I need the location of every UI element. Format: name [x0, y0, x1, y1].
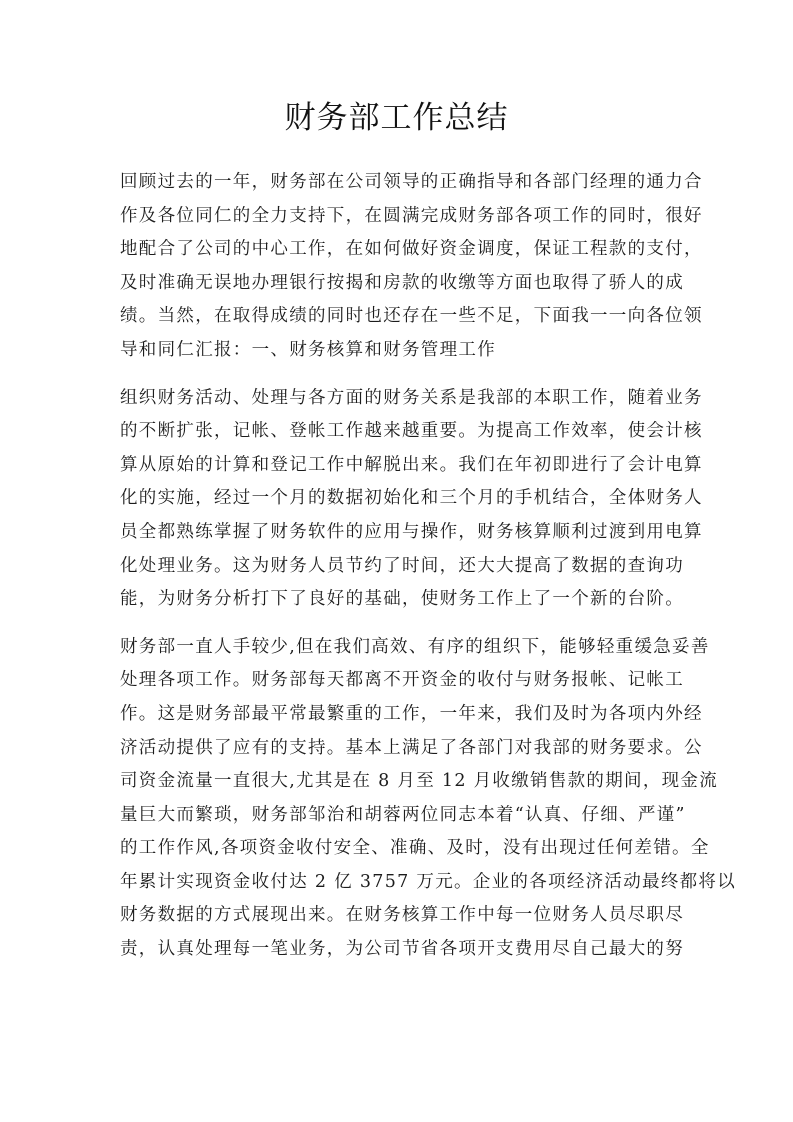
text-line: 能，为财务分析打下了良好的基础，使财务工作上了一个新的台阶。 [120, 583, 680, 617]
text-line: 的不断扩张，记帐、登帐工作越来越重要。为提高工作效率，使会计核 [120, 415, 680, 449]
document-page: 财务部工作总结 回顾过去的一年，财务部在公司领导的正确指导和各部门经理的通力合 … [0, 0, 793, 1122]
paragraph-fund-handling: 财务部一直人手较少,但在我们高效、有序的组织下，能够轻重缓急妥善 处理各项工作。… [120, 631, 680, 967]
text-line: 组织财务活动、处理与各方面的财务关系是我部的本职工作，随着业务 [120, 382, 680, 416]
text-line: 量巨大而繁琐，财务部邹治和胡蓉两位同志本着“认真、仔细、严谨” [120, 799, 680, 833]
text-line: 地配合了公司的中心工作，在如何做好资金调度，保证工程款的支付， [120, 233, 680, 267]
text-line: 算从原始的计算和登记工作中解脱出来。我们在年初即进行了会计电算 [120, 449, 680, 483]
text-line: 司资金流量一直很大,尤其是在 8 月至 12 月收缴销售款的期间，现金流 [120, 765, 680, 799]
text-line: 化的实施，经过一个月的数据初始化和三个月的手机结合，全体财务人 [120, 482, 680, 516]
text-line: 作及各位同仁的全力支持下，在圆满完成财务部各项工作的同时，很好 [120, 200, 680, 234]
text-line: 员全都熟练掌握了财务软件的应用与操作，财务核算顺利过渡到用电算 [120, 516, 680, 550]
text-line: 及时准确无误地办理银行按揭和房款的收缴等方面也取得了骄人的成 [120, 267, 680, 301]
paragraph-accounting-computerization: 组织财务活动、处理与各方面的财务关系是我部的本职工作，随着业务 的不断扩张，记帐… [120, 382, 680, 617]
text-line: 责，认真处理每一笔业务，为公司节省各项开支费用尽自己最大的努 [120, 933, 680, 967]
text-line: 处理各项工作。财务部每天都离不开资金的收付与财务报帐、记帐工 [120, 664, 680, 698]
text-line: 年累计实现资金收付达 2 亿 3757 万元。企业的各项经济活动最终都将以 [120, 866, 680, 900]
paragraph-intro: 回顾过去的一年，财务部在公司领导的正确指导和各部门经理的通力合 作及各位同仁的全… [120, 166, 680, 368]
document-body: 回顾过去的一年，财务部在公司领导的正确指导和各部门经理的通力合 作及各位同仁的全… [120, 166, 680, 981]
document-title: 财务部工作总结 [0, 96, 793, 140]
text-line: 财务数据的方式展现出来。在财务核算工作中每一位财务人员尽职尽 [120, 899, 680, 933]
text-line: 导和同仁汇报：一、财务核算和财务管理工作 [120, 334, 680, 368]
text-line: 作。这是财务部最平常最繁重的工作，一年来，我们及时为各项内外经 [120, 698, 680, 732]
text-line: 回顾过去的一年，财务部在公司领导的正确指导和各部门经理的通力合 [120, 166, 680, 200]
text-line: 济活动提供了应有的支持。基本上满足了各部门对我部的财务要求。公 [120, 732, 680, 766]
text-line: 绩。当然，在取得成绩的同时也还存在一些不足，下面我一一向各位领 [120, 300, 680, 334]
text-line: 的工作作风,各项资金收付安全、准确、及时，没有出现过任何差错。全 [120, 832, 680, 866]
text-line: 财务部一直人手较少,但在我们高效、有序的组织下，能够轻重缓急妥善 [120, 631, 680, 665]
text-line: 化处理业务。这为财务人员节约了时间，还大大提高了数据的查询功 [120, 550, 680, 584]
